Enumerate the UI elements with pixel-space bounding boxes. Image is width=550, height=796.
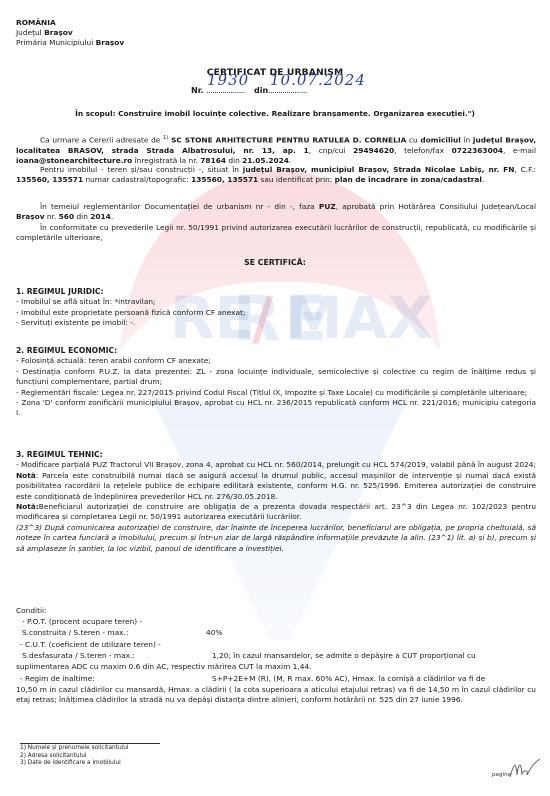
list-item: - Folosință actuală: teren arabil confor… bbox=[16, 356, 536, 366]
list-item: - Zona 'D' conform zonificării municipiu… bbox=[16, 398, 536, 419]
se-certifica-heading: SE CERTIFICĂ: bbox=[0, 258, 550, 268]
note-2: Notă:Beneficiarul autorizației de constr… bbox=[16, 502, 536, 523]
mayoralty: Brașov bbox=[96, 38, 125, 47]
text: . bbox=[289, 156, 291, 165]
list-item: - Destinația conform P.U.Z. la data prez… bbox=[16, 367, 536, 388]
applicant-cui: 29494620 bbox=[353, 146, 394, 155]
footnotes: 1) Numele și prenumele solicitantului 2)… bbox=[20, 743, 160, 768]
text: , C.F.: bbox=[514, 165, 536, 174]
text: , telefon/fax bbox=[394, 146, 451, 155]
cf-numbers: 135560, 135571 bbox=[16, 175, 83, 184]
section-regim-tehnic: 3. REGIMUL TEHNIC: - Modificare parțială… bbox=[16, 450, 536, 554]
county-prefix: Județul bbox=[16, 28, 44, 37]
text: , e-mail bbox=[503, 146, 536, 155]
cadastral-numbers: 135560, 135571 bbox=[191, 175, 258, 184]
footnote: 2) Adresa solicitantului bbox=[20, 753, 160, 761]
text: din bbox=[226, 156, 242, 165]
law-conformity-paragraph: În conformitate cu prevederile Legii nr.… bbox=[16, 223, 536, 244]
handwritten-date: 10.07.2024 bbox=[270, 75, 366, 85]
note-1: Notă: Parcela este construibilă numai da… bbox=[16, 471, 536, 502]
applicant-name: SC STONE ARHITECTURE PENTRU RATULEA D. C… bbox=[168, 135, 406, 144]
applicant-phone: 0722363004 bbox=[452, 146, 503, 155]
conditions-title: Conditii: bbox=[16, 606, 47, 616]
property-paragraph: Pentru imobilul - teren și/sau construcț… bbox=[16, 165, 536, 186]
note-text: Beneficiarul autorizației de construire … bbox=[16, 502, 536, 521]
applicant-email: ioana@stonearchitecture.ro bbox=[16, 156, 132, 165]
council: Brașov bbox=[16, 212, 45, 221]
text: , aprobată prin Hotărârea Consiliului Ju… bbox=[336, 202, 536, 211]
footnote: 1) Numele și prenumele solicitantului bbox=[20, 745, 160, 753]
text: , cnp/cui bbox=[309, 146, 353, 155]
county: Brașov bbox=[44, 28, 73, 37]
height-label: - Regim de inaltime: bbox=[20, 674, 95, 684]
page-signature-icon bbox=[508, 757, 542, 781]
section-title: 3. REGIMUL TEHNIC: bbox=[16, 450, 536, 460]
certificate-page: ROMÂNIA Județul Brașov Primăria Municipi… bbox=[0, 0, 550, 796]
list-item: - Imobilul este proprietate persoană fiz… bbox=[16, 308, 536, 318]
article-23-3-note: (23^3) După comunicarea autorizației de … bbox=[16, 523, 536, 554]
pot-value: 40% bbox=[206, 628, 222, 638]
footnote: 3) Date de identificare a imobilului bbox=[20, 760, 160, 768]
section-title: 2. REGIMUL ECONOMIC: bbox=[16, 346, 536, 356]
height-value: S+P+2E+M (R), (M, R max. 60% AC), Hmax. … bbox=[212, 674, 485, 684]
list-item: - Modificare parțială PUZ Tractorul VII … bbox=[16, 460, 536, 470]
pot-sub: S.construita / S.teren - max.: bbox=[22, 628, 128, 638]
text: . bbox=[111, 212, 113, 221]
section-title: 1. REGIMUL JURIDIC: bbox=[16, 287, 536, 297]
height-continuation: 10,50 m in cazul clădirilor cu mansardă,… bbox=[16, 685, 536, 706]
text: domiciliul bbox=[420, 135, 460, 144]
list-item: - Servituți existente pe imobil: -. bbox=[16, 318, 536, 328]
text: din bbox=[74, 212, 90, 221]
din-label: din bbox=[254, 86, 268, 96]
text: Pentru imobilul - teren și/sau construcț… bbox=[40, 165, 243, 174]
certificate-number-line: Nr. ................... din ............… bbox=[0, 79, 550, 97]
identification: plan de încadrare in zona/cadastral bbox=[335, 175, 482, 184]
country: ROMÂNIA bbox=[16, 18, 56, 27]
text: sau identificat prin: bbox=[258, 175, 335, 184]
request-paragraph: Ca urmare a Cererii adresate de 1) SC ST… bbox=[16, 133, 536, 167]
cut-value: 1,20; în cazul mansardelor, se admite o … bbox=[212, 651, 476, 661]
text: . bbox=[482, 175, 484, 184]
text: numar cadastral/topografic: bbox=[83, 175, 191, 184]
cut-sub: S.desfasurata / S.teren - max.: bbox=[22, 651, 135, 661]
list-item: - Reglementări fiscale: Legea nr. 227/20… bbox=[16, 388, 536, 398]
nr-label: Nr. bbox=[191, 86, 204, 96]
pot-label: - P.O.T. (procent ocupare teren) - bbox=[22, 617, 142, 627]
section-regim-economic: 2. REGIMUL ECONOMIC: - Folosință actuală… bbox=[16, 346, 536, 419]
certificate-scope: În scopul: Construire imobil locuințe co… bbox=[0, 109, 550, 119]
note-label: Notă bbox=[16, 471, 36, 480]
text: În temeiul reglementărilor Documentației… bbox=[40, 202, 319, 211]
property-location: județul Brașov, municipiul Brașov, Strad… bbox=[243, 165, 515, 174]
faza: PUZ bbox=[319, 202, 336, 211]
decision-year: 2014 bbox=[90, 212, 111, 221]
section-regim-juridic: 1. REGIMUL JURIDIC: - Imobilul se află s… bbox=[16, 287, 536, 329]
registration-number: 78164 bbox=[200, 156, 226, 165]
text: în bbox=[461, 135, 473, 144]
text: înregistrată la nr. bbox=[132, 156, 200, 165]
text: cu bbox=[406, 135, 420, 144]
note-text: : Parcela este construibilă numai dacă s… bbox=[16, 471, 536, 501]
cut-label: - C.U.T. (coeficient de utilizare teren)… bbox=[20, 640, 161, 650]
note-label: Notă: bbox=[16, 502, 39, 511]
issuer-header: ROMÂNIA Județul Brașov Primăria Municipi… bbox=[16, 18, 124, 48]
text: Ca urmare a Cererii adresate de bbox=[40, 135, 163, 144]
text: nr. bbox=[45, 212, 59, 221]
decision-number: 560 bbox=[59, 212, 74, 221]
legal-basis-paragraph: În temeiul reglementărilor Documentației… bbox=[16, 202, 536, 223]
mayoralty-prefix: Primăria Municipiului bbox=[16, 38, 96, 47]
list-item: - Imobilul se află situat în: *intravila… bbox=[16, 297, 536, 307]
certificate-title-block: CERTIFICAT DE URBANISM Nr. .............… bbox=[0, 68, 550, 97]
handwritten-number: 1930 bbox=[207, 75, 249, 85]
cut-continuation: suplimentarea ADC cu maxim 0.6 din AC, r… bbox=[16, 662, 311, 672]
registration-date: 21.05.2024 bbox=[242, 156, 289, 165]
